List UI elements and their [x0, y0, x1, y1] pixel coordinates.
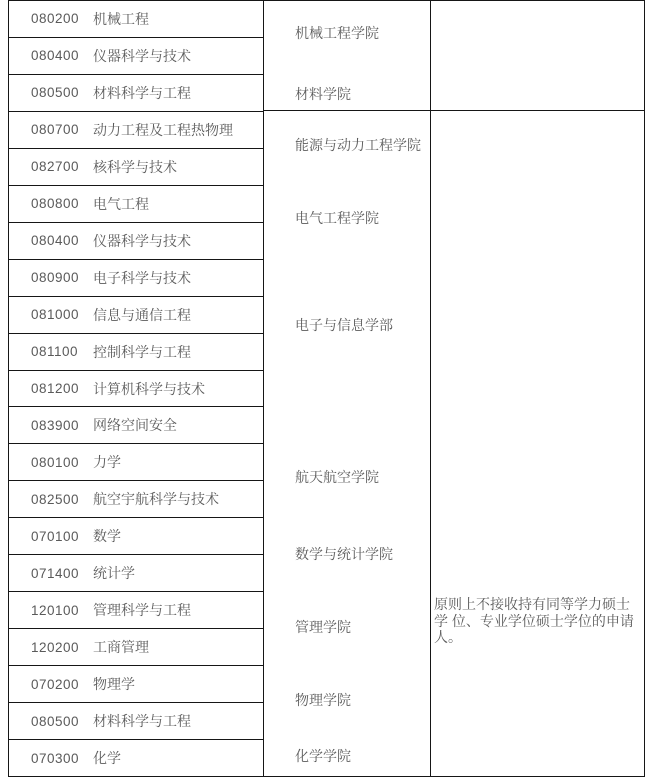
notes-column: 原则上不接收持有同等学力硕士 学 位、专业学位硕士学位的申请 人。: [431, 1, 644, 776]
table-row: 082700 核科学与技术: [9, 149, 263, 186]
table-row: 082500 航空宇航科学与技术: [9, 481, 263, 518]
college-label: 能源与动力工程学院: [295, 137, 421, 153]
table-row: 081200 计算机科学与技术: [9, 371, 263, 408]
major-code: 080800: [31, 196, 93, 211]
college-label: 化学学院: [295, 748, 351, 764]
admissions-majors-table: 080200 机械工程 080400 仪器科学与技术 080500 材料科学与工…: [8, 0, 645, 777]
major-code: 081200: [31, 381, 93, 396]
major-name: 仪器科学与技术: [93, 46, 191, 66]
major-code: 080200: [31, 11, 93, 26]
major-name: 机械工程: [93, 9, 149, 29]
major-name: 控制科学与工程: [93, 342, 191, 362]
major-name: 电子科学与技术: [93, 268, 191, 288]
table-row: 081100 控制科学与工程: [9, 334, 263, 371]
major-code: 082700: [31, 159, 93, 174]
college-label: 航天航空学院: [295, 469, 379, 485]
major-code: 080400: [31, 233, 93, 248]
table-row: 080400 仪器科学与技术: [9, 223, 263, 260]
table-row: 080800 电气工程: [9, 186, 263, 223]
eligibility-note: 原则上不接收持有同等学力硕士 学 位、专业学位硕士学位的申请 人。: [434, 596, 644, 646]
note-cell-bottom: 原则上不接收持有同等学力硕士 学 位、专业学位硕士学位的申请 人。: [431, 111, 644, 776]
major-name: 数学: [93, 526, 121, 546]
college-label: 电气工程学院: [295, 210, 379, 226]
major-name: 化学: [93, 748, 121, 768]
table-row: 120200 工商管理: [9, 629, 263, 666]
major-code: 080100: [31, 455, 93, 470]
major-code: 080900: [31, 270, 93, 285]
page: { "colors": { "border": "#161616", "text…: [0, 0, 648, 782]
major-name: 材料科学与工程: [93, 711, 191, 731]
major-code: 081100: [31, 344, 93, 359]
major-name: 力学: [93, 452, 121, 472]
major-name: 统计学: [93, 563, 135, 583]
table-row: 080500 材料科学与工程: [9, 75, 263, 112]
table-row: 070200 物理学: [9, 666, 263, 703]
college-label: 物理学院: [295, 692, 351, 708]
major-name: 计算机科学与技术: [93, 379, 205, 399]
major-name: 仪器科学与技术: [93, 231, 191, 251]
college-label: 材料学院: [295, 86, 351, 102]
major-code: 070200: [31, 677, 93, 692]
table-row: 080700 动力工程及工程热物理: [9, 112, 263, 149]
college-label: 数学与统计学院: [295, 546, 393, 562]
major-name: 管理科学与工程: [93, 600, 191, 620]
table-row: 070100 数学: [9, 518, 263, 555]
table-row: 120100 管理科学与工程: [9, 592, 263, 629]
major-code: 120200: [31, 640, 93, 655]
major-name: 核科学与技术: [93, 157, 177, 177]
major-code: 070300: [31, 751, 93, 766]
table-row: 070300 化学: [9, 740, 263, 776]
college-label: 管理学院: [295, 619, 351, 635]
major-name: 网络空间安全: [93, 415, 177, 435]
table-row: 080200 机械工程: [9, 1, 263, 38]
major-code: 080700: [31, 122, 93, 137]
table-row: 080500 材料科学与工程: [9, 703, 263, 740]
table-row: 083900 网络空间安全: [9, 407, 263, 444]
note-cell-top: [431, 1, 644, 111]
table-row: 080400 仪器科学与技术: [9, 38, 263, 75]
major-code: 080500: [31, 714, 93, 729]
major-name: 电气工程: [93, 194, 149, 214]
table-row: 080900 电子科学与技术: [9, 260, 263, 297]
majors-column: 080200 机械工程 080400 仪器科学与技术 080500 材料科学与工…: [9, 1, 264, 776]
table-row: 071400 统计学: [9, 555, 263, 592]
major-name: 信息与通信工程: [93, 305, 191, 325]
major-code: 120100: [31, 603, 93, 618]
college-group-top: 机械工程学院 材料学院: [264, 1, 430, 111]
college-label: 电子与信息学部: [295, 317, 393, 333]
major-code: 082500: [31, 492, 93, 507]
colleges-column: 机械工程学院 材料学院 能源与动力工程学院 电气工程学院 电子与信息学部 航天航…: [264, 1, 431, 776]
major-code: 070100: [31, 529, 93, 544]
major-name: 动力工程及工程热物理: [93, 120, 233, 140]
table-row: 080100 力学: [9, 444, 263, 481]
major-name: 物理学: [93, 674, 135, 694]
major-name: 工商管理: [93, 637, 149, 657]
college-group-bottom: 能源与动力工程学院 电气工程学院 电子与信息学部 航天航空学院 数学与统计学院 …: [264, 111, 430, 776]
major-name: 材料科学与工程: [93, 83, 191, 103]
major-code: 071400: [31, 566, 93, 581]
major-code: 080500: [31, 85, 93, 100]
major-code: 081000: [31, 307, 93, 322]
major-name: 航空宇航科学与技术: [93, 489, 219, 509]
college-label: 机械工程学院: [295, 25, 379, 41]
major-code: 083900: [31, 418, 93, 433]
table-row: 081000 信息与通信工程: [9, 297, 263, 334]
major-code: 080400: [31, 48, 93, 63]
